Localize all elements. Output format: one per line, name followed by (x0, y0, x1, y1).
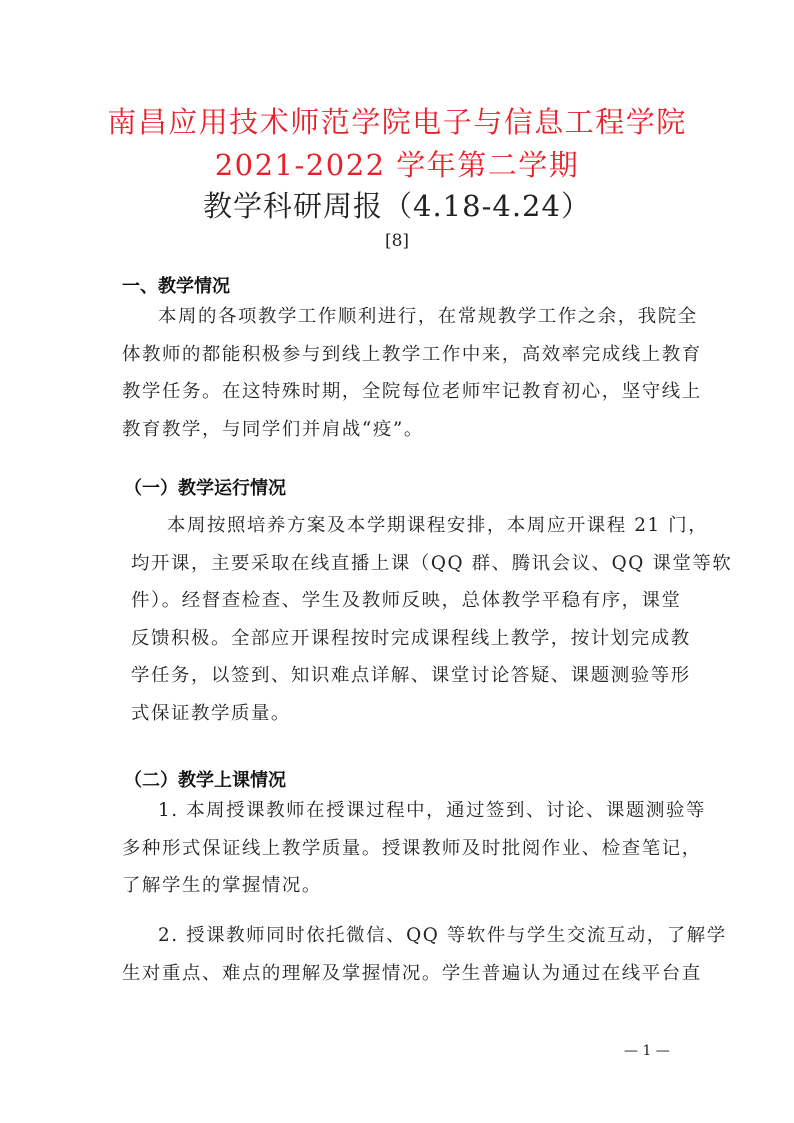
subsection-heading-classes: （二）教学上课情况 (124, 766, 286, 792)
report-title: 教学科研周报（4.18-4.24） (0, 184, 794, 225)
college-title: 南昌应用技术师范学院电子与信息工程学院 (0, 100, 794, 141)
text-line: 2. 授课教师同时依托微信、QQ 等软件与学生交流互动，了解学 (122, 917, 674, 955)
text-line: 反馈积极。全部应开课程按时完成课程线上教学，按计划完成教 (131, 620, 683, 658)
page-number: — 1 — (624, 1043, 670, 1059)
text-line: 生对重点、难点的理解及掌握情况。学生普遍认为通过在线平台直 (122, 955, 674, 993)
classes-paragraph-2: 2. 授课教师同时依托微信、QQ 等软件与学生交流互动，了解学 生对重点、难点的… (122, 917, 674, 992)
text-line: 式保证教学质量。 (131, 695, 683, 733)
subsection-heading-operation: （一）教学运行情况 (124, 474, 286, 500)
classes-paragraph-1: 1. 本周授课教师在授课过程中，通过签到、讨论、课题测验等 多种形式保证线上教学… (122, 792, 674, 905)
section-heading-teaching: 一、教学情况 (122, 272, 230, 298)
text-line: 了解学生的掌握情况。 (122, 867, 674, 905)
text-line: 体教师的都能积极参与到线上教学工作中来，高效率完成线上教育 (122, 336, 674, 374)
text-line: 教育教学，与同学们并肩战“疫”。 (122, 411, 674, 449)
text-line: 件）。经督查检查、学生及教师反映，总体教学平稳有序，课堂 (131, 582, 683, 620)
text-line: 均开课，主要采取在线直播上课（QQ 群、腾讯会议、QQ 课堂等软 (131, 545, 683, 583)
text-line: 多种形式保证线上教学质量。授课教师及时批阅作业、检查笔记， (122, 830, 674, 868)
operation-paragraph: 本周按照培养方案及本学期课程安排，本周应开课程 21 门， 均开课，主要采取在线… (131, 507, 683, 732)
text-line: 本周按照培养方案及本学期课程安排，本周应开课程 21 门， (131, 507, 683, 545)
text-line: 教学任务。在这特殊时期，全院每位老师牢记教育初心，坚守线上 (122, 373, 674, 411)
teaching-overview-paragraph: 本周的各项教学工作顺利进行，在常规教学工作之余，我院全 体教师的都能积极参与到线… (122, 298, 674, 448)
text-line: 学任务，以签到、知识难点详解、课堂讨论答疑、课题测验等形 (131, 657, 683, 695)
semester-title: 2021-2022 学年第二学期 (0, 143, 794, 184)
text-line: 1. 本周授课教师在授课过程中，通过签到、讨论、课题测验等 (122, 792, 674, 830)
issue-number: [8] (0, 231, 794, 251)
document-page: 南昌应用技术师范学院电子与信息工程学院 2021-2022 学年第二学期 教学科… (0, 0, 794, 1123)
text-line: 本周的各项教学工作顺利进行，在常规教学工作之余，我院全 (122, 298, 674, 336)
